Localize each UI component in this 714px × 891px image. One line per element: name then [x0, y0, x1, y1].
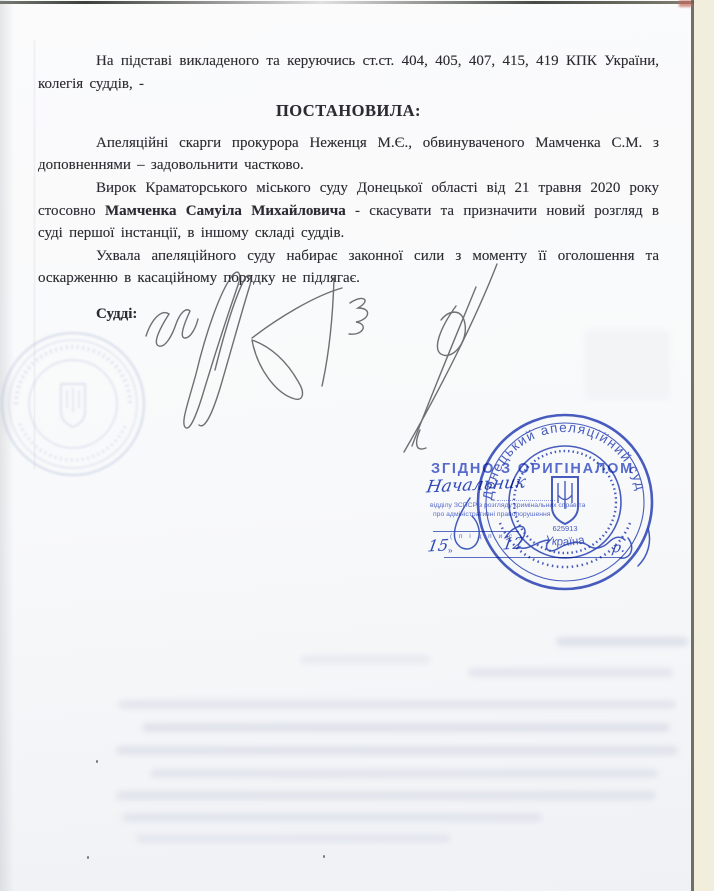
bleed-through-text [122, 813, 542, 822]
judges-label: Судді: [38, 303, 659, 326]
paragraph-legal-force: Ухвала апеляційного суду набирає законно… [38, 245, 659, 290]
bleed-through-text [136, 834, 451, 843]
bleed-through-text [468, 668, 673, 677]
scan-speck [323, 855, 325, 858]
seal-country-text: Україна [544, 534, 586, 548]
bleed-through-text [116, 746, 678, 755]
intro-paragraph: На підставі викладеного та керуючись ст.… [38, 50, 659, 95]
seal-code: 625913 [552, 524, 577, 533]
defendant-name: Мамченка Самуіла Михайловича [105, 203, 346, 219]
scanner-corner-mark [679, 0, 692, 7]
paragraph-appeals: Апеляційні скарги прокурора Неженця М.Є.… [38, 132, 659, 177]
bleed-through-text [150, 769, 658, 778]
document-body: На підставі викладеного та керуючись ст.… [38, 50, 659, 326]
bleed-through-text [116, 791, 656, 800]
scan-speck [87, 856, 89, 859]
bleed-through-text [142, 723, 670, 732]
paragraph-verdict: Вирок Краматорського міського суду Донец… [38, 177, 659, 245]
page-right-edge [691, 0, 694, 891]
handwritten-date-day: 15 [426, 535, 450, 555]
bleed-through-text [556, 637, 688, 646]
scan-speck [96, 760, 98, 763]
court-round-seal: Донецький апеляційний суд 625913 Україна [470, 407, 660, 597]
scanned-court-document-page: На підставі викладеного та керуючись ст.… [0, 0, 714, 891]
bleed-through-text [585, 330, 670, 400]
scanner-edge-top [0, 1, 714, 4]
bleed-through-text [300, 655, 430, 664]
date-close-quote: » [448, 546, 452, 555]
bleed-through-text [118, 700, 676, 709]
faint-embossed-seal [0, 328, 150, 480]
resolution-heading: ПОСТАНОВИЛА: [38, 100, 659, 123]
scanner-background-strip [694, 0, 714, 891]
